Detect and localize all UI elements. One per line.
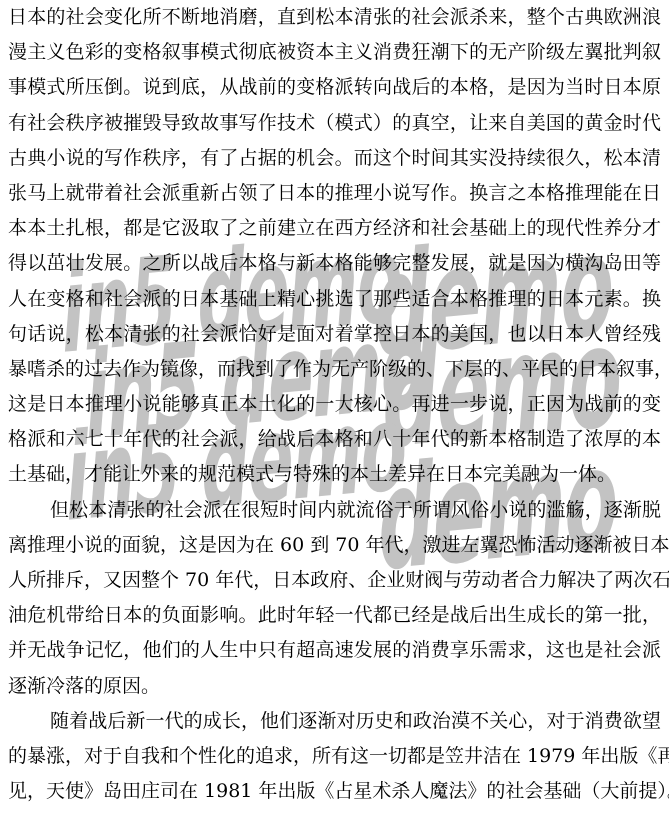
document-page: in5 demo demo in5 demo demo in5 demo dem…: [0, 0, 669, 819]
text-line: 随着战后新一代的成长，他们逐渐对历史和政治漠不关心，对于消费欲望: [8, 704, 661, 739]
text-line: 日本的社会变化所不断地消磨，直到松本清张的社会派杀来，整个古典欧洲浪: [8, 0, 661, 35]
text-line: 土基础，才能让外来的规范模式与特殊的本土差异在日本完美融为一体。: [8, 457, 661, 492]
text-line: 逐渐冷落的原因。: [8, 669, 661, 704]
text-line: 并无战争记忆，他们的人生中只有超高速发展的消费享乐需求，这也是社会派: [8, 633, 661, 668]
text-line: 本本土扎根，都是它汲取了之前建立在西方经济和社会基础上的现代性养分才: [8, 211, 661, 246]
text-line: 得以茁壮发展。之所以战后本格与新本格能够完整发展，就是因为横沟岛田等: [8, 246, 661, 281]
text-line: 人在变格和社会派的日本基础上精心挑选了那些适合本格推理的日本元素。换: [8, 282, 661, 317]
text-line: 暴嗜杀的过去作为镜像，而找到了作为无产阶级的、下层的、平民的日本叙事，: [8, 352, 661, 387]
text-line: 见，天使》岛田庄司在 1981 年出版《占星术杀人魔法》的社会基础（大前提）。: [8, 774, 661, 809]
text-line: 事模式所压倒。说到底，从战前的变格派转向战后的本格，是因为当时日本原: [8, 70, 661, 105]
text-line: 的暴涨，对于自我和个性化的追求，所有这一切都是笠井洁在 1979 年出版《再: [8, 739, 661, 774]
text-line: 张马上就带着社会派重新占领了日本的推理小说写作。换言之本格推理能在日: [8, 176, 661, 211]
text-line: 句话说，松本清张的社会派恰好是面对着掌控日本的美国，也以日本人曾经残: [8, 317, 661, 352]
text-line: 但松本清张的社会派在很短时间内就流俗于所谓风俗小说的滥觞，逐渐脱: [8, 493, 661, 528]
text-line: 这是日本推理小说能够真正本土化的一大核心。再进一步说，正因为战前的变: [8, 387, 661, 422]
text-line: 有社会秩序被摧毁导致故事写作技术（模式）的真空，让来自美国的黄金时代: [8, 106, 661, 141]
text-line: 人所排斥，又因整个 70 年代，日本政府、企业财阀与劳动者合力解决了两次石: [8, 563, 661, 598]
text-line: 古典小说的写作秩序，有了占据的机会。而这个时间其实没持续很久，松本清: [8, 141, 661, 176]
text-line: 漫主义色彩的变格叙事模式彻底被资本主义消费狂潮下的无产阶级左翼批判叙: [8, 35, 661, 70]
text-line: 格派和六七十年代的社会派，给战后本格和八十年代的新本格制造了浓厚的本: [8, 422, 661, 457]
document-text: 日本的社会变化所不断地消磨，直到松本清张的社会派杀来，整个古典欧洲浪 漫主义色彩…: [0, 0, 669, 809]
text-line: 油危机带给日本的负面影响。此时年轻一代都已经是战后出生成长的第一批，: [8, 598, 661, 633]
text-line: 离推理小说的面貌，这是因为在 60 到 70 年代，激进左翼恐怖活动逐渐被日本: [8, 528, 661, 563]
